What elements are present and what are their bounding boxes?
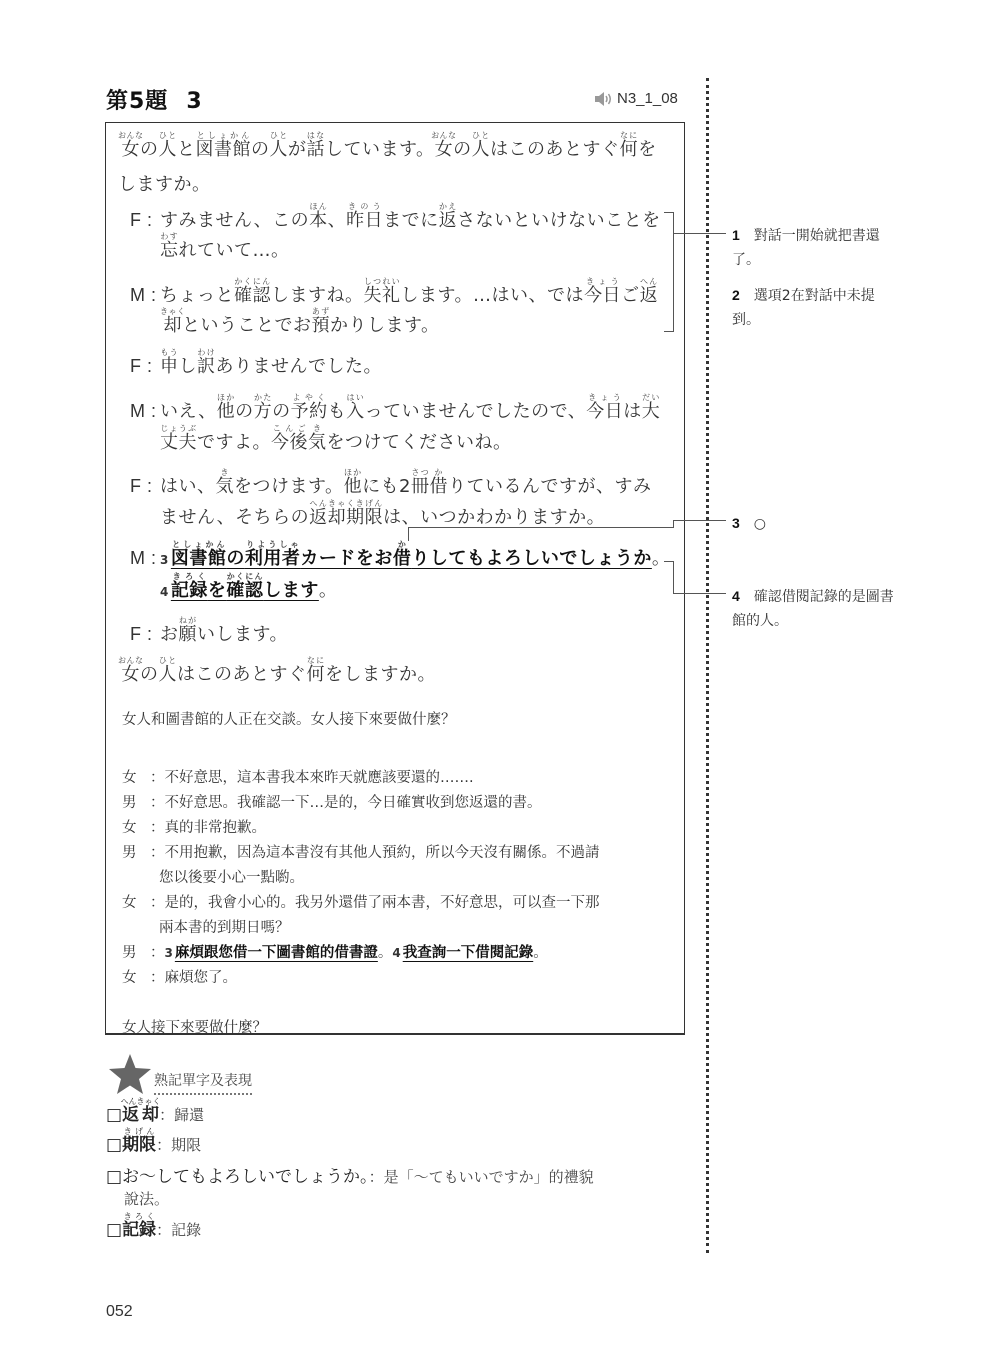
correct-answer: 3 (186, 89, 202, 114)
bracket-vertical (673, 212, 674, 332)
vocab-item: □期限きげん：期限 (106, 1127, 201, 1155)
jp-intro-line-2: しますか。 (118, 170, 211, 196)
connector-note-4-h (673, 593, 726, 594)
note-4: 4確認借閱記錄的是圖書館的人。 (732, 584, 902, 633)
connector-note-4-vertical (673, 561, 674, 594)
zh-line: 女：是的，我會小心的。我另外還借了兩本書，不好意思，可以查一下那 (122, 891, 600, 912)
jp-question: 女おんなの人ひとはこのあとすぐ何なにをしますか。 (118, 656, 436, 686)
margin-divider (706, 78, 709, 1253)
question-title: 第5題3 (106, 84, 203, 115)
speaker-icon (594, 91, 614, 107)
connector-note-3-step (673, 520, 674, 528)
jp-line-m3-cont: 4記録きろくを確認かくにんします。 (160, 572, 337, 602)
zh-line-cont: 兩本書的到期日嗎？ (159, 916, 290, 937)
audio-track[interactable]: N3_1_08 (594, 90, 678, 107)
zh-line: 男：不用抱歉，因為這本書沒有其他人預約，所以今天沒有關係。不過請 (122, 841, 600, 862)
jp-line-f3-cont: ません、そちらの返却期限へんきゃくきげんは、いつかわかりますか。 (160, 499, 605, 529)
jp-intro-line-1: 女おんなの人ひとと図書館としょかんの人ひとが話はなしています。女おんなの人ひとは… (118, 131, 657, 161)
vocab-item: □お～してもよろしいでしょうか。：是「～てもいいですか」的禮貌 (106, 1162, 594, 1187)
audio-track-label: N3_1_08 (617, 90, 678, 107)
zh-intro: 女人和圖書館的人正在交談。女人接下來要做什麼？ (122, 708, 456, 729)
page-number: 052 (106, 1303, 133, 1321)
jp-line-m3: M :3図書館としょかんの利用者りようしゃカードをお借かりしてもよろしいでしょう… (130, 540, 670, 570)
question-number: 第5題 (106, 89, 168, 114)
zh-line: 男：不好意思。我確認一下…是的，今日確實收到您返還的書。 (122, 791, 542, 812)
connector-note-3-h2 (673, 520, 726, 521)
connector-note-3-h1 (408, 527, 674, 528)
vocab-title: 熟記單字及表現 (154, 1070, 252, 1095)
vocab-header: 熟記單字及表現 (108, 1053, 252, 1095)
zh-line: 女：不好意思，這本書我本來昨天就應該要還的……. (122, 766, 474, 787)
jp-line-m1-cont: 却きゃくということでお預あずかりします。 (160, 307, 440, 337)
jp-line-f1: F :すみません、この本ほん、昨日きのうまでに返かえさないといけないことを (130, 202, 661, 232)
vocab-item-cont: 說法。 (124, 1188, 169, 1209)
jp-line-m1: M :ちょっと確認かくにんしますね。失礼しつれいします。…はい、では今日きょうご… (130, 277, 658, 307)
connector-note-3-drop (408, 527, 409, 541)
zh-line: 女：麻煩您了。 (122, 966, 237, 987)
connector-note-1 (674, 233, 726, 234)
star-icon (108, 1053, 152, 1095)
note-2: 2選項2在對話中未提到。 (732, 283, 902, 332)
note-1: 1對話一開始就把書還了。 (732, 223, 902, 272)
bracket-bottom (664, 331, 674, 332)
vocab-item: □記録きろく：記錄 (106, 1212, 201, 1240)
vocab-item: □返却へんきゃく：歸還 (106, 1097, 204, 1125)
zh-line-answer: 男：3麻煩跟您借一下圖書館的借書證。4我查詢一下借閱記錄。 (122, 941, 548, 962)
jp-line-f1-cont: 忘わすれていて…。 (160, 232, 290, 262)
zh-line-cont: 您以後要小心一點喲。 (159, 866, 304, 887)
jp-line-m2-cont: 丈夫じょうぶですよ。今後こんご気きをつけてくださいね。 (160, 424, 512, 454)
zh-question: 女人接下來要做什麼？ (122, 1016, 267, 1037)
jp-line-f3: F :はい、気きをつけます。他ほかにも2冊さつ借かりているんですが、すみ (130, 468, 652, 498)
zh-line: 女：真的非常抱歉。 (122, 816, 266, 837)
jp-line-f4: F :お願ねがいします。 (130, 616, 288, 646)
jp-line-f2: F :申もうし訳わけありませんでした。 (130, 348, 382, 378)
jp-line-m2: M :いえ、他ほかの方かたの予約よやくも入はいっていませんでしたので、今日きょう… (130, 393, 660, 423)
note-3: 3○ (732, 511, 902, 536)
